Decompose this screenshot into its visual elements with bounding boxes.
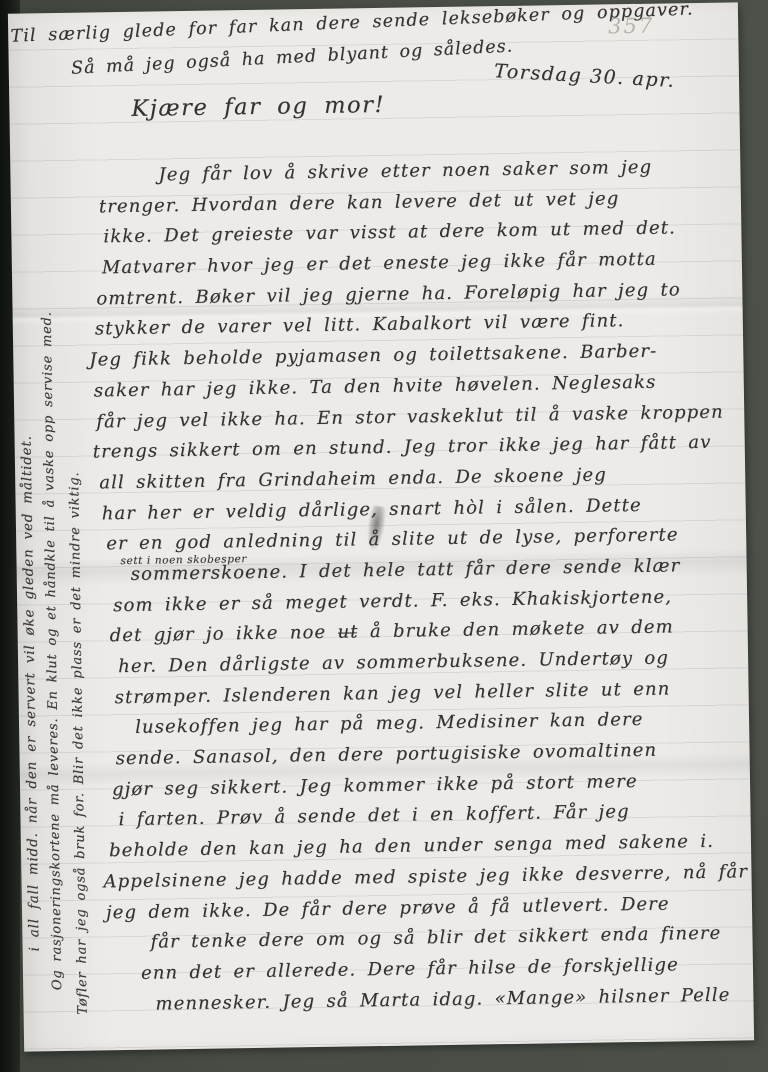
margin-note-2: Og rasjoneringskortene må leveres. En kl…: [40, 311, 66, 990]
body-lines: Jeg får lov å skrive etter noen saker so…: [82, 151, 745, 1020]
margin-note-3: Tøfler har jeg også bruk for. Blir det i…: [67, 472, 91, 1015]
header-note-line2: Så må jeg også ha med blyant og således.: [71, 36, 514, 78]
scanned-letter-view: Til særlig glede for far kan dere sende …: [0, 0, 768, 1072]
page-number: 357: [608, 14, 654, 39]
letter-page: Til særlig glede for far kan dere sende …: [8, 2, 754, 1051]
margin-note-1: i all fall midd. når den er servert vil …: [19, 435, 43, 951]
interline-note: sett i noen skobesper: [120, 553, 247, 567]
header-note-line1: Til særlig glede for far kan dere sende …: [10, 0, 694, 47]
greeting: Kjære far og mor!: [131, 92, 385, 122]
date-line: Torsdag 30. apr.: [493, 60, 675, 92]
